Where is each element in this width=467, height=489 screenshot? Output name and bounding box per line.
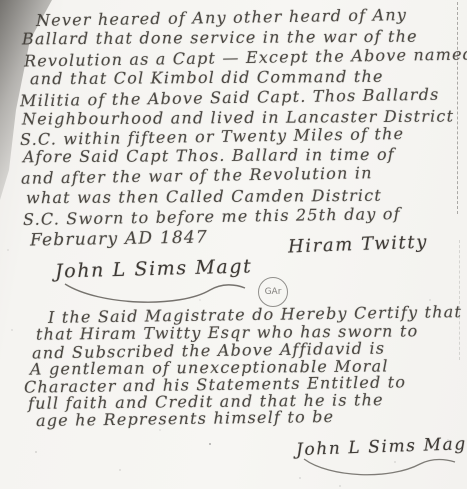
page-edge-line — [457, 2, 458, 214]
scanned-document-page: Never heared of Any other heard of Any B… — [0, 0, 467, 489]
circular-stamp: GAr — [258, 277, 288, 307]
handwritten-line: what was then Called Camden District — [26, 186, 382, 207]
handwritten-line: S.C. Sworn to before me this 25th day of — [23, 204, 401, 229]
date-line: February AD 1847 — [30, 227, 208, 250]
handwritten-line: and after the war of the Revolution in — [21, 163, 373, 188]
affiant-signature: Hiram Twitty — [288, 232, 429, 258]
handwritten-line: and that Col Kimbol did Command the — [30, 67, 384, 88]
closing-signature-flourish — [300, 456, 460, 478]
closing-magistrate-signature: John L Sims Magt — [296, 434, 467, 460]
handwritten-line: age he Represents himself to be — [36, 407, 334, 430]
handwritten-line: Revolution as a Capt — Except the Above … — [24, 44, 467, 70]
magistrate-signature: John L Sims Magt — [55, 255, 253, 282]
page-edge-line-lower — [459, 240, 460, 360]
stamp-text: GAr — [265, 287, 282, 297]
signature-flourish — [60, 280, 250, 306]
handwritten-line: Ballard that done service in the war of … — [22, 27, 418, 49]
